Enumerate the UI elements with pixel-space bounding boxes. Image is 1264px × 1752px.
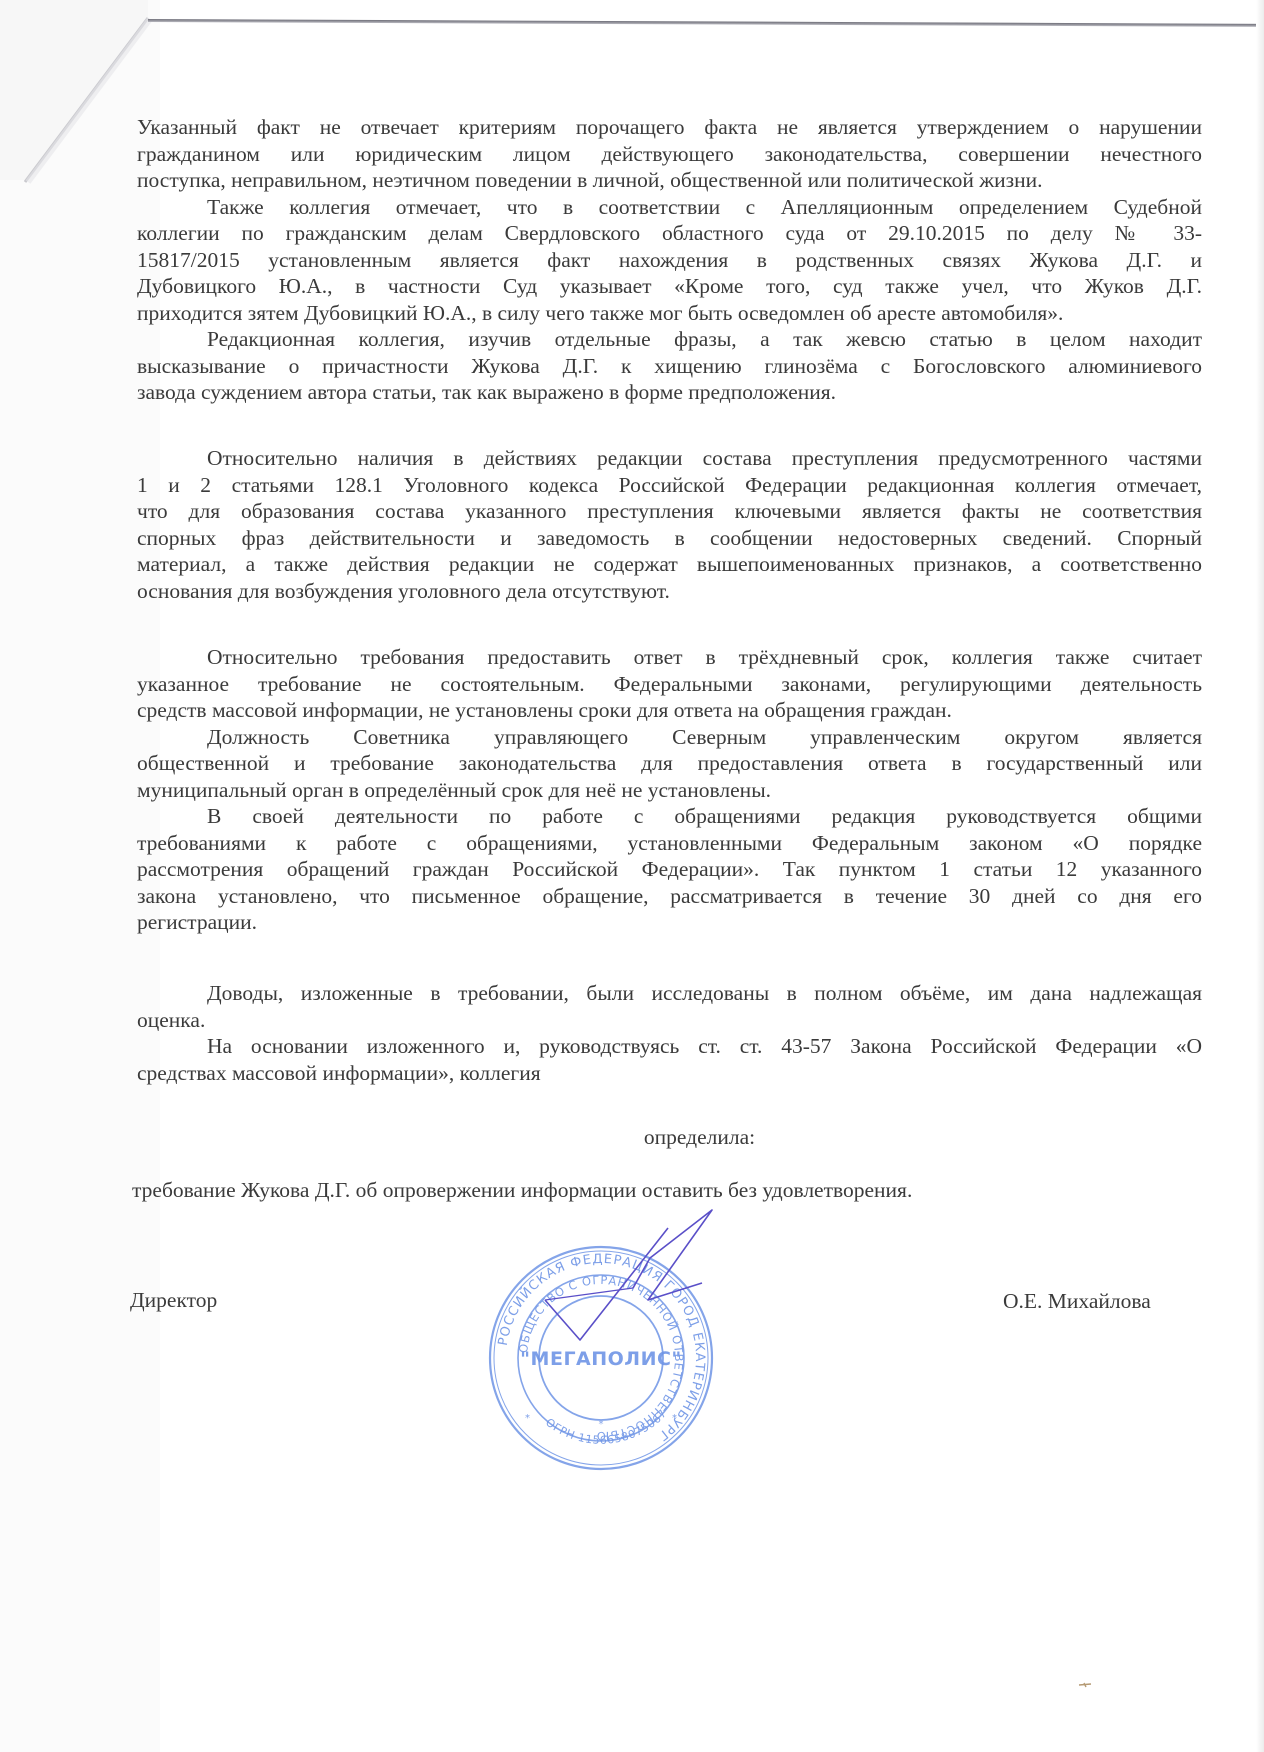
text-line: завода суждением автора статьи, так как … [137,379,1202,405]
text-line: 15817/2015 установленным является факт н… [137,247,1202,273]
text-line: В своей деятельности по работе с обращен… [207,803,1202,829]
text-line: гражданином или юридическим лицом действ… [137,141,1202,167]
svg-text:*: * [599,1419,604,1430]
text-line: материал, а также действия редакции не с… [137,551,1202,577]
text-line: закона установлено, что письменное обращ… [137,883,1202,909]
text-line: указанное требование не состоятельным. Ф… [137,671,1202,697]
text-line: средств массовой информации, не установл… [137,697,1202,723]
decision-heading: определила: [0,1124,1264,1150]
document-page: Указанный факт не отвечает критериям пор… [0,0,1264,1752]
svg-text:*: * [672,1413,677,1424]
text-line: оценка. [137,1007,1202,1033]
text-line: Должность Советника управляющего Северны… [207,724,1202,750]
text-line: требованиями к работе с обращениями, уст… [137,830,1202,856]
ink-speck [1078,1682,1092,1688]
text-line: приходится зятем Дубовицкий Ю.А., в силу… [137,300,1202,326]
svg-text:*: * [525,1413,530,1424]
text-line: Относительно требования предоставить отв… [207,644,1202,670]
text-line: Доводы, изложенные в требовании, были ис… [207,980,1202,1006]
text-line: регистрации. [137,909,1202,935]
stamp-center-text: "МЕГАПОЛИС" [520,1348,682,1370]
text-line: Дубовицкого Ю.А., в частности Суд указыв… [137,273,1202,299]
company-stamp: РОССИЙСКАЯ ФЕДЕРАЦИЯ ГОРОД ЕКАТЕРИНБУРГ … [488,1245,714,1471]
text-line: рассмотрения обращений граждан Российско… [137,856,1202,882]
text-line: Также коллегия отмечает, что в соответст… [207,194,1202,220]
text-line: поступка, неправильном, неэтичном поведе… [137,167,1202,193]
text-line: муниципальный орган в определённый срок … [137,777,1202,803]
text-line: Относительно наличия в действиях редакци… [207,445,1202,471]
text-line: Редакционная коллегия, изучив отдельные … [207,326,1202,352]
text-line: общественной и требование законодательст… [137,750,1202,776]
text-line: высказывание о причастности Жукова Д.Г. … [137,353,1202,379]
text-line: Указанный факт не отвечает критериям пор… [137,114,1202,140]
text-line: средствах массовой информации», коллегия [137,1060,1202,1086]
signatory-title: Директор [130,1288,217,1313]
text-line: На основании изложенного и, руководствуя… [207,1033,1202,1059]
text-line: коллегии по гражданским делам Свердловск… [137,220,1202,246]
text-line: спорных фраз действительности и заведомо… [137,525,1202,551]
decision-text: требование Жукова Д.Г. об опровержении и… [132,1177,1197,1203]
signatory-name: О.Е. Михайлова [1003,1289,1151,1314]
text-line: 1 и 2 статьями 128.1 Уголовного кодекса … [137,472,1202,498]
text-line: что для образования состава указанного п… [137,498,1202,524]
text-line: основания для возбуждения уголовного дел… [137,578,1202,604]
